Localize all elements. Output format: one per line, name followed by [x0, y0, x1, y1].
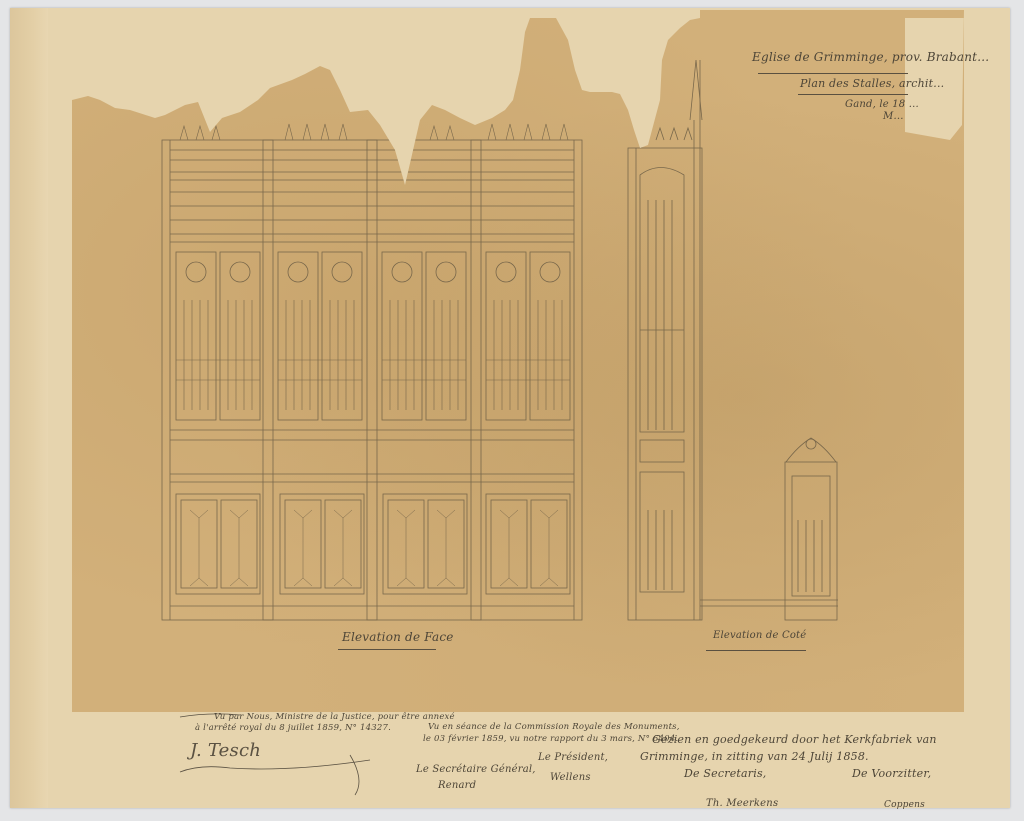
kerkfabriek-line1: Gezien en goedgekeurd door het Kerkfabri…: [652, 733, 937, 746]
kerkfabriek-secretary-signature: Th. Meerkens: [706, 798, 778, 809]
label-face-underline: [338, 649, 436, 650]
label-elevation-side: Elevation de Coté: [713, 630, 806, 641]
kerkfabriek-chair-signature: Coppens: [884, 800, 925, 810]
elevation-drawing: [0, 0, 1024, 821]
title-underline-2: [798, 94, 908, 95]
commission-secretary-signature: Renard: [438, 780, 476, 791]
commission-secretary-label: Le Secrétaire Général,: [416, 764, 536, 775]
label-side-underline: [706, 650, 806, 651]
title-place-date: Gand, le 18 ...: [845, 99, 919, 110]
kerkfabriek-line2: Grimminge, in zitting van 24 Julij 1858.: [640, 750, 869, 763]
commission-president-signature: Wellens: [550, 772, 591, 783]
title-church: Eglise de Grimminge, prov. Brabant...: [752, 50, 989, 64]
label-elevation-face: Elevation de Face: [342, 630, 454, 644]
kerkfabriek-chair-label: De Voorzitter,: [852, 767, 931, 780]
title-plan: Plan des Stalles, archit...: [800, 77, 944, 90]
ministry-signature-flourish: [170, 700, 390, 800]
title-architect: M...: [883, 111, 904, 122]
kerkfabriek-secretary-label: De Secretaris,: [684, 767, 767, 780]
commission-line1: Vu en séance de la Commission Royale des…: [428, 722, 680, 732]
commission-president-label: Le Président,: [538, 752, 608, 763]
commission-line2: le 03 février 1859, vu notre rapport du …: [423, 734, 678, 744]
title-underline-1: [758, 73, 908, 74]
